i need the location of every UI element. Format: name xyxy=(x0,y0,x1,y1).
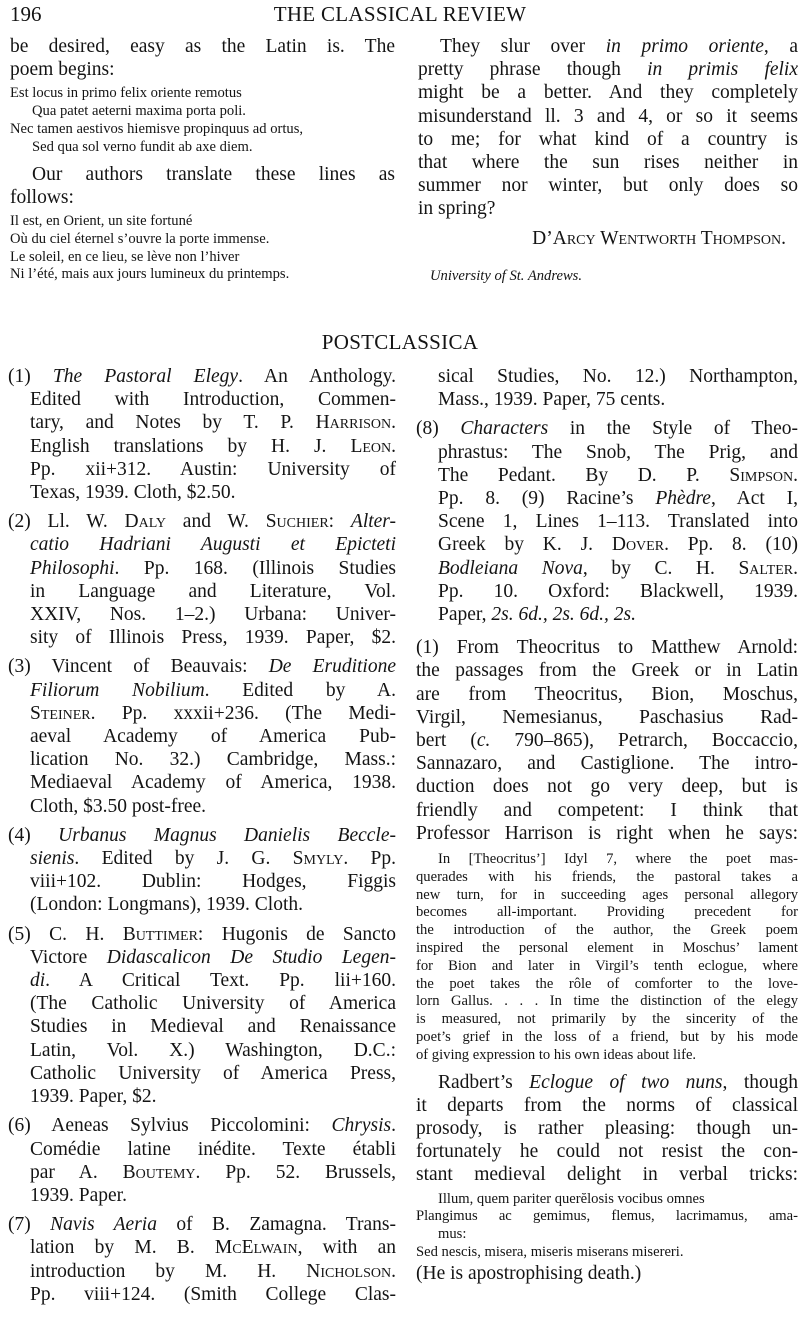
entry-line: catio Hadriani Augusti et Epicteti xyxy=(8,533,396,556)
entry-line: sical Studies, No. 12.) Northampton, xyxy=(416,365,798,388)
body-line: Virgil, Nemesianus, Paschasius Rad- xyxy=(416,706,798,729)
entry-line: aeval Academy of America Pub- xyxy=(8,725,396,748)
body-line: duction does not go very deep, but is xyxy=(416,775,798,798)
body-line: poem begins: xyxy=(10,58,395,81)
book-entry-7-continued: sical Studies, No. 12.) Northampton, Mas… xyxy=(416,365,798,411)
entry-line: Pp. xii+312. Austin: University of xyxy=(8,458,396,481)
latin-verse: Est locus in primo felix oriente remotus… xyxy=(10,85,395,156)
book-entry-1: (1) The Pastoral Elegy. An Anthology. Ed… xyxy=(8,365,396,504)
body-line: the passages from the Greek or in Latin xyxy=(416,659,798,682)
body-line: are from Theocritus, Bion, Moschus, xyxy=(416,683,798,706)
entry-line: in Language and Literature, Vol. xyxy=(8,580,396,603)
entry-line: (The Catholic University of America xyxy=(8,992,396,1015)
entry-line: Mediaeval Academy of America, 1938. xyxy=(8,771,396,794)
entry-line: 1939. Paper. xyxy=(8,1184,396,1207)
body-line: that where the sun rises neither in xyxy=(418,151,798,174)
verse-line: Illum, quem pariter querĕlosis vocibus o… xyxy=(416,1191,798,1209)
body-line: friendly and competent: I think that xyxy=(416,799,798,822)
verse-line: Plangimus ac gemimus, flemus, lacrimamus… xyxy=(416,1208,798,1226)
verse-line: Ni l’été, mais aux jours lumineux du pri… xyxy=(10,266,395,284)
body-line: pretty phrase though in primis felix xyxy=(418,58,798,81)
quote-line: querades with his friends, the pastoral … xyxy=(416,869,798,887)
body-line: Sannazaro, and Castiglione. The intro- xyxy=(416,752,798,775)
block-quote: In [Theocritus’] Idyl 7, where the poet … xyxy=(416,851,798,1065)
french-verse: Il est, en Orient, un site fortuné Où du… xyxy=(10,213,395,284)
page-header: 196 THE CLASSICAL REVIEW xyxy=(0,0,800,30)
entry-line: Mass., 1939. Paper, 75 cents. xyxy=(416,388,798,411)
body-line: be desired, easy as the Latin is. The xyxy=(10,35,395,58)
body-line: might be a better. And they completely xyxy=(418,81,798,104)
body-line: to me; for what kind of a country is xyxy=(418,128,798,151)
section-title: POSTCLASSICA xyxy=(0,330,800,354)
verse-line: Sed qua sol verno fundit ab axe diem. xyxy=(10,139,395,157)
verse-line: Où du ciel éternel s’ouvre la porte imme… xyxy=(10,231,395,249)
body-line: Professor Harrison is right when he says… xyxy=(416,822,798,845)
quote-line: the poet takes the rôle of comforter to … xyxy=(416,976,798,994)
entry-line: phrastus: The Snob, The Prig, and xyxy=(416,441,798,464)
quote-line: for Bion and later in Virgil’s tenth ecl… xyxy=(416,958,798,976)
quote-line: of giving expression to his own ideas ab… xyxy=(416,1047,798,1065)
verse-line: Il est, en Orient, un site fortuné xyxy=(10,213,395,231)
entry-line: par A. Boutemy. Pp. 52. Brussels, xyxy=(8,1161,396,1184)
entry-line: 1939. Paper, $2. xyxy=(8,1085,396,1108)
entry-line: (4) Urbanus Magnus Danielis Beccle- xyxy=(8,824,396,847)
entry-line: Victore Didascalicon De Studio Legen- xyxy=(8,946,396,969)
entry-line: Comédie latine inédite. Texte établi xyxy=(8,1138,396,1161)
verse-line: Est locus in primo felix oriente remotus xyxy=(10,85,395,103)
entry-line: (3) Vincent of Beauvais: De Eruditione xyxy=(8,655,396,678)
top-left-column: be desired, easy as the Latin is. The po… xyxy=(10,35,395,284)
entry-line: Bodleiana Nova, by C. H. Salter. xyxy=(416,557,798,580)
entry-line: Greek by K. J. Dover. Pp. 8. (10) xyxy=(416,533,798,556)
body-line: fortunately he could not resist the con- xyxy=(416,1140,798,1163)
entry-line: (1) The Pastoral Elegy. An Anthology. xyxy=(8,365,396,388)
closing-line: (He is apostrophising death.) xyxy=(416,1262,798,1285)
entry-line: Paper, 2s. 6d., 2s. 6d., 2s. xyxy=(416,603,798,626)
book-entry-5: (5) C. H. Buttimer: Hugonis de Sancto Vi… xyxy=(8,923,396,1109)
verse-line: Sed nescis, misera, miseris miserans mis… xyxy=(416,1244,798,1262)
entry-line: Steiner. Pp. xxxii+236. (The Medi- xyxy=(8,702,396,725)
entry-line: (London: Longmans), 1939. Cloth. xyxy=(8,893,396,916)
book-entry-4: (4) Urbanus Magnus Danielis Beccle- sien… xyxy=(8,824,396,917)
entry-line: XXIV, Nos. 1–2.) Urbana: Univer- xyxy=(8,603,396,626)
entry-line: (5) C. H. Buttimer: Hugonis de Sancto xyxy=(8,923,396,946)
body-line: They slur over in primo oriente, a xyxy=(418,35,798,58)
body-line: prosody, is rather pleasing: though un- xyxy=(416,1117,798,1140)
entry-line: Studies in Medieval and Renaissance xyxy=(8,1015,396,1038)
verse-line: mus: xyxy=(416,1226,798,1244)
quote-line: becomes all-important. Providing precede… xyxy=(416,904,798,922)
book-entry-8: (8) Characters in the Style of Theo- phr… xyxy=(416,417,798,626)
body-line: misunderstand ll. 3 and 4, or so it seem… xyxy=(418,105,798,128)
top-right-column: They slur over in primo oriente, a prett… xyxy=(418,35,798,285)
body-line: summer nor winter, but only does so xyxy=(418,174,798,197)
entry-line: di. A Critical Text. Pp. lii+160. xyxy=(8,969,396,992)
entry-line: sienis. Edited by J. G. Smyly. Pp. xyxy=(8,847,396,870)
quote-line: lorn Gallus. . . . In time the distincti… xyxy=(416,993,798,1011)
entry-line: Filiorum Nobilium. Edited by A. xyxy=(8,679,396,702)
body-line: it departs from the norms of classical xyxy=(416,1094,798,1117)
entry-line: (6) Aeneas Sylvius Piccolomini: Chrysis. xyxy=(8,1114,396,1137)
entry-line: sity of Illinois Press, 1939. Paper, $2. xyxy=(8,626,396,649)
entry-line: English translations by H. J. Leon. xyxy=(8,435,396,458)
book-entry-7: (7) Navis Aeria of B. Zamagna. Trans- la… xyxy=(8,1213,396,1306)
entry-line: Edited with Introduction, Commen- xyxy=(8,388,396,411)
entry-line: lation by M. B. McElwain, with an xyxy=(8,1236,396,1259)
entry-line: (8) Characters in the Style of Theo- xyxy=(416,417,798,440)
running-title: THE CLASSICAL REVIEW xyxy=(0,2,800,26)
book-entry-6: (6) Aeneas Sylvius Piccolomini: Chrysis.… xyxy=(8,1114,396,1207)
body-line: Radbert’s Eclogue of two nuns, though xyxy=(416,1071,798,1094)
body-line: bert (c. 790–865), Petrarch, Boccaccio, xyxy=(416,729,798,752)
entry-line: Pp. viii+124. (Smith College Clas- xyxy=(8,1283,396,1306)
entry-line: Cloth, $3.50 post-free. xyxy=(8,795,396,818)
book-entry-2: (2) Ll. W. Daly and W. Suchier: Alter- c… xyxy=(8,510,396,649)
bottom-left-column: (1) The Pastoral Elegy. An Anthology. Ed… xyxy=(8,365,396,1306)
quote-line: In [Theocritus’] Idyl 7, where the poet … xyxy=(416,851,798,869)
review-paragraph-2: Radbert’s Eclogue of two nuns, though it… xyxy=(416,1071,798,1187)
entry-line: Philosophi. Pp. 168. (Illinois Studies xyxy=(8,557,396,580)
quote-line: poet’s grief in the loss of a friend, bu… xyxy=(416,1029,798,1047)
entry-line: Scene 1, Lines 1–113. Translated into xyxy=(416,510,798,533)
body-line: (1) From Theocritus to Matthew Arnold: xyxy=(416,636,798,659)
entry-line: Pp. 10. Oxford: Blackwell, 1939. xyxy=(416,580,798,603)
book-entry-3: (3) Vincent of Beauvais: De Eruditione F… xyxy=(8,655,396,817)
verse-line: Nec tamen aestivos hiemisve propinquus a… xyxy=(10,121,395,139)
entry-line: (2) Ll. W. Daly and W. Suchier: Alter- xyxy=(8,510,396,533)
entry-line: viii+102. Dublin: Hodges, Figgis xyxy=(8,870,396,893)
latin-verse-quote: Illum, quem pariter querĕlosis vocibus o… xyxy=(416,1191,798,1262)
body-line: in spring? xyxy=(418,197,798,220)
author-affiliation: University of St. Andrews. xyxy=(418,268,798,285)
quote-line: new turn, for in succeeding ages persona… xyxy=(416,887,798,905)
entry-line: (7) Navis Aeria of B. Zamagna. Trans- xyxy=(8,1213,396,1236)
entry-line: Latin, Vol. X.) Washington, D.C.: xyxy=(8,1039,396,1062)
entry-line: introduction by M. H. Nicholson. xyxy=(8,1260,396,1283)
verse-line: Le soleil, en ce lieu, se lève non l’hiv… xyxy=(10,249,395,267)
body-line: Our authors translate these lines as xyxy=(10,163,395,186)
body-line: stant medieval delight in verbal tricks: xyxy=(416,1163,798,1186)
entry-line: Texas, 1939. Cloth, $2.50. xyxy=(8,481,396,504)
quote-line: inspired the personal element in Moschus… xyxy=(416,940,798,958)
entry-line: tary, and Notes by T. P. Harrison. xyxy=(8,411,396,434)
quote-line: the introduction of the author, the Gree… xyxy=(416,922,798,940)
verse-line: Qua patet aeterni maxima porta poli. xyxy=(10,103,395,121)
entry-line: Pp. 8. (9) Racine’s Phèdre, Act I, xyxy=(416,487,798,510)
body-line: follows: xyxy=(10,186,395,209)
author-signature: D’Arcy Wentworth Thompson. xyxy=(418,227,798,250)
entry-line: Catholic University of America Press, xyxy=(8,1062,396,1085)
review-paragraph-1: (1) From Theocritus to Matthew Arnold: t… xyxy=(416,636,798,845)
bottom-right-column: sical Studies, No. 12.) Northampton, Mas… xyxy=(416,365,798,1285)
entry-line: The Pedant. By D. P. Simpson. xyxy=(416,464,798,487)
quote-line: is measured, not primarily by the sincer… xyxy=(416,1011,798,1029)
entry-line: lication No. 32.) Cambridge, Mass.: xyxy=(8,748,396,771)
